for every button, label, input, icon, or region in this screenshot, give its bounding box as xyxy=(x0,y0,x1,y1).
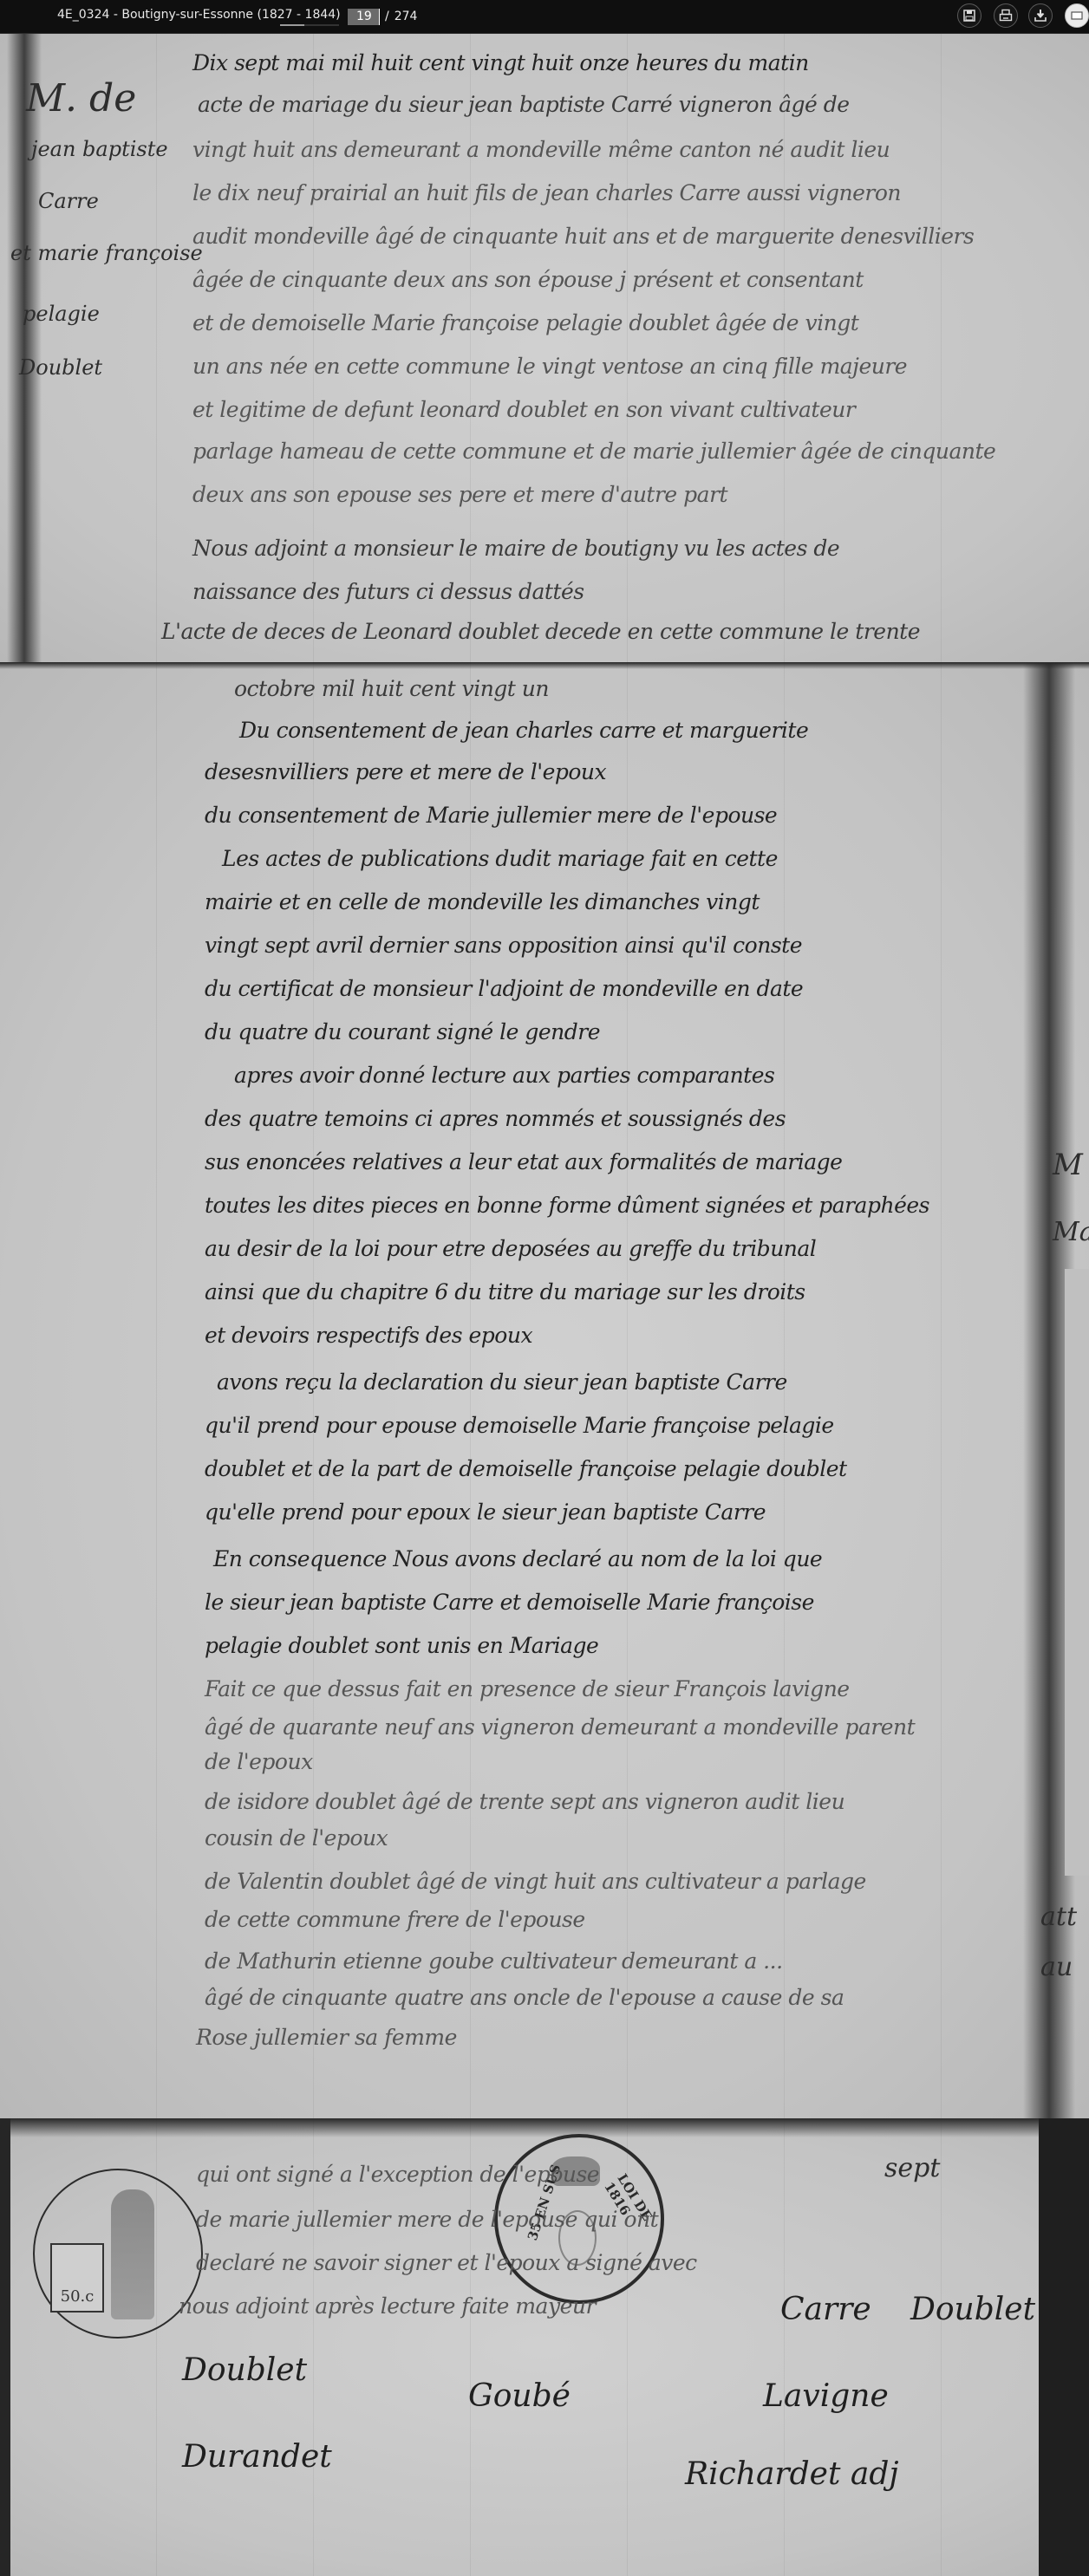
text-line: âgée de cinquante deux ans son épouse j … xyxy=(192,267,864,292)
text-line: de l'epoux xyxy=(205,1749,313,1774)
text-line: le dix neuf prairial an huit fils de jea… xyxy=(192,180,901,205)
text-line: nous adjoint après lecture faite mayeur xyxy=(179,2293,596,2319)
page-edge xyxy=(1039,2118,1089,2576)
text-line: Nous adjoint a monsieur le maire de bout… xyxy=(192,536,839,561)
page-separator: / xyxy=(385,10,389,23)
text-line: Les actes de publications dudit mariage … xyxy=(222,846,778,871)
margin-line: et marie françoise xyxy=(10,241,203,265)
title-scrollbar[interactable] xyxy=(280,24,339,26)
page-edge xyxy=(0,2118,10,2576)
margin-title: M. de xyxy=(26,76,136,120)
text-line: Rose jullemier sa femme xyxy=(196,2025,457,2050)
page-counter: 19 / 274 xyxy=(348,8,417,25)
text-line: Du consentement de jean charles carre et… xyxy=(239,718,808,743)
margin-line: Doublet xyxy=(19,355,102,380)
signature: Durandet xyxy=(182,2439,332,2475)
text-line: âgé de quarante neuf ans vigneron demeur… xyxy=(205,1714,915,1740)
text-line: un ans née en cette commune le vingt ven… xyxy=(192,354,907,379)
text-line: qu'elle prend pour epoux le sieur jean b… xyxy=(205,1499,766,1525)
text-line: declaré ne savoir signer et l'epoux a si… xyxy=(196,2250,697,2275)
text-line: sus enoncées relatives a leur etat aux f… xyxy=(205,1149,842,1174)
text-line: toutes les dites pieces en bonne forme d… xyxy=(205,1193,929,1218)
download-icon xyxy=(1034,9,1047,23)
text-line: de cette commune frere de l'epouse xyxy=(205,1907,585,1932)
margin-line: jean baptiste xyxy=(31,137,168,161)
text-line: En consequence Nous avons declaré au nom… xyxy=(213,1546,822,1571)
text-line: audit mondeville âgé de cinquante huit a… xyxy=(192,224,974,249)
text-line: Dix sept mai mil huit cent vingt huit on… xyxy=(192,50,809,75)
adjacent-page-edge xyxy=(1065,1269,1089,1876)
text-line: le sieur jean baptiste Carre et demoisel… xyxy=(205,1590,814,1615)
text-line: et legitime de defunt leonard doublet en… xyxy=(192,397,855,422)
text-line: âgé de cinquante quatre ans oncle de l'e… xyxy=(205,1985,844,2010)
scan-page-top[interactable]: M. de jean baptiste Carre et marie franç… xyxy=(0,33,1089,662)
signature: Lavigne xyxy=(763,2378,889,2414)
text-line: de isidore doublet âgé de trente sept an… xyxy=(205,1789,844,1814)
window-button[interactable] xyxy=(1065,3,1089,28)
text-line: et de demoiselle Marie françoise pelagie… xyxy=(192,310,858,335)
text-line: L'acte de deces de Leonard doublet deced… xyxy=(161,619,920,644)
text-line: de marie jullemier mere de l'epouse qui … xyxy=(196,2207,658,2232)
scan-page-bottom[interactable]: 50.c 35 EN SUS LOI DE 1816 qui ont signé… xyxy=(0,2118,1089,2576)
page-edge xyxy=(0,662,1089,669)
save-button[interactable] xyxy=(957,3,981,28)
text-line: mairie et en celle de mondeville les dim… xyxy=(205,889,760,914)
download-button[interactable] xyxy=(1028,3,1053,28)
text-line: desesnvilliers pere et mere de l'epoux xyxy=(205,759,606,784)
signature: Doublet xyxy=(182,2352,307,2388)
text-line: du certificat de monsieur l'adjoint de m… xyxy=(205,976,803,1001)
text-line: pelagie doublet sont unis en Mariage xyxy=(205,1633,598,1658)
signature: Carre xyxy=(780,2292,871,2327)
text-line: octobre mil huit cent vingt un xyxy=(234,676,549,701)
binding-shadow xyxy=(7,33,42,662)
text-line: deux ans son epouse ses pere et mere d'a… xyxy=(192,482,727,507)
text-line: doublet et de la part de demoiselle fran… xyxy=(205,1456,847,1481)
current-page-input[interactable]: 19 xyxy=(348,9,380,25)
text-line: des quatre temoins ci apres nommés et so… xyxy=(205,1106,786,1131)
text-line: acte de mariage du sieur jean baptiste C… xyxy=(198,92,850,117)
signature: Goubé xyxy=(468,2378,571,2414)
tax-stamp-justice: 50.c xyxy=(33,2169,203,2339)
text-line: parlage hameau de cette commune et de ma… xyxy=(192,439,995,464)
text-line: qui ont signé a l'exception de l'epouse xyxy=(196,2162,599,2187)
page-edge xyxy=(0,2118,1089,2137)
margin-right-note: Ma xyxy=(1053,1217,1089,1247)
justice-figure-icon xyxy=(111,2189,154,2319)
paper-texture xyxy=(0,33,1089,662)
text-line: qu'il prend pour epouse demoiselle Marie… xyxy=(205,1413,834,1438)
viewer-toolbar: 4E_0324 - Boutigny-sur-Essonne (1827 - 1… xyxy=(0,0,1089,34)
text-line: du consentement de Marie jullemier mere … xyxy=(205,803,777,828)
stamp-value: 50.c xyxy=(50,2243,104,2313)
margin-right-note: M xyxy=(1053,1148,1083,1182)
text-line: vingt huit ans demeurant a mondeville mê… xyxy=(192,137,890,162)
margin-note-sept: sept xyxy=(884,2153,940,2183)
text-line: apres avoir donné lecture aux parties co… xyxy=(234,1063,774,1088)
text-line: de Valentin doublet âgé de vingt huit an… xyxy=(205,1869,866,1894)
text-line: de Mathurin etienne goube cultivateur de… xyxy=(205,1948,783,1974)
text-line: ainsi que du chapitre 6 du titre du mari… xyxy=(205,1279,805,1304)
margin-line: Carre xyxy=(38,189,99,213)
printer-icon xyxy=(999,9,1013,23)
scan-page-middle[interactable]: octobre mil huit cent vingt un Du consen… xyxy=(0,662,1089,2118)
margin-line: pelagie xyxy=(23,302,100,326)
text-line: naissance des futurs ci dessus dattés xyxy=(192,579,584,604)
total-pages: 274 xyxy=(395,10,418,23)
text-line: au desir de la loi pour etre deposées au… xyxy=(205,1236,816,1261)
floppy-disk-icon xyxy=(962,9,976,23)
text-line: avons reçu la declaration du sieur jean … xyxy=(217,1369,787,1395)
title-scroll-thumb[interactable] xyxy=(280,24,304,26)
text-line: vingt sept avril dernier sans opposition… xyxy=(205,933,802,958)
text-line: du quatre du courant signé le gendre xyxy=(205,1019,600,1044)
document-title: 4E_0324 - Boutigny-sur-Essonne (1827 - 1… xyxy=(57,8,341,22)
margin-right-note: att xyxy=(1040,1902,1077,1932)
text-line: Fait ce que dessus fait en presence de s… xyxy=(205,1676,850,1701)
margin-right-note: au xyxy=(1040,1952,1073,1982)
signature: Richardet adj xyxy=(685,2456,899,2492)
window-icon xyxy=(1070,9,1084,23)
print-button[interactable] xyxy=(994,3,1018,28)
signature: Doublet xyxy=(910,2292,1035,2327)
text-line: cousin de l'epoux xyxy=(205,1825,388,1851)
text-line: et devoirs respectifs des epoux xyxy=(205,1323,532,1348)
